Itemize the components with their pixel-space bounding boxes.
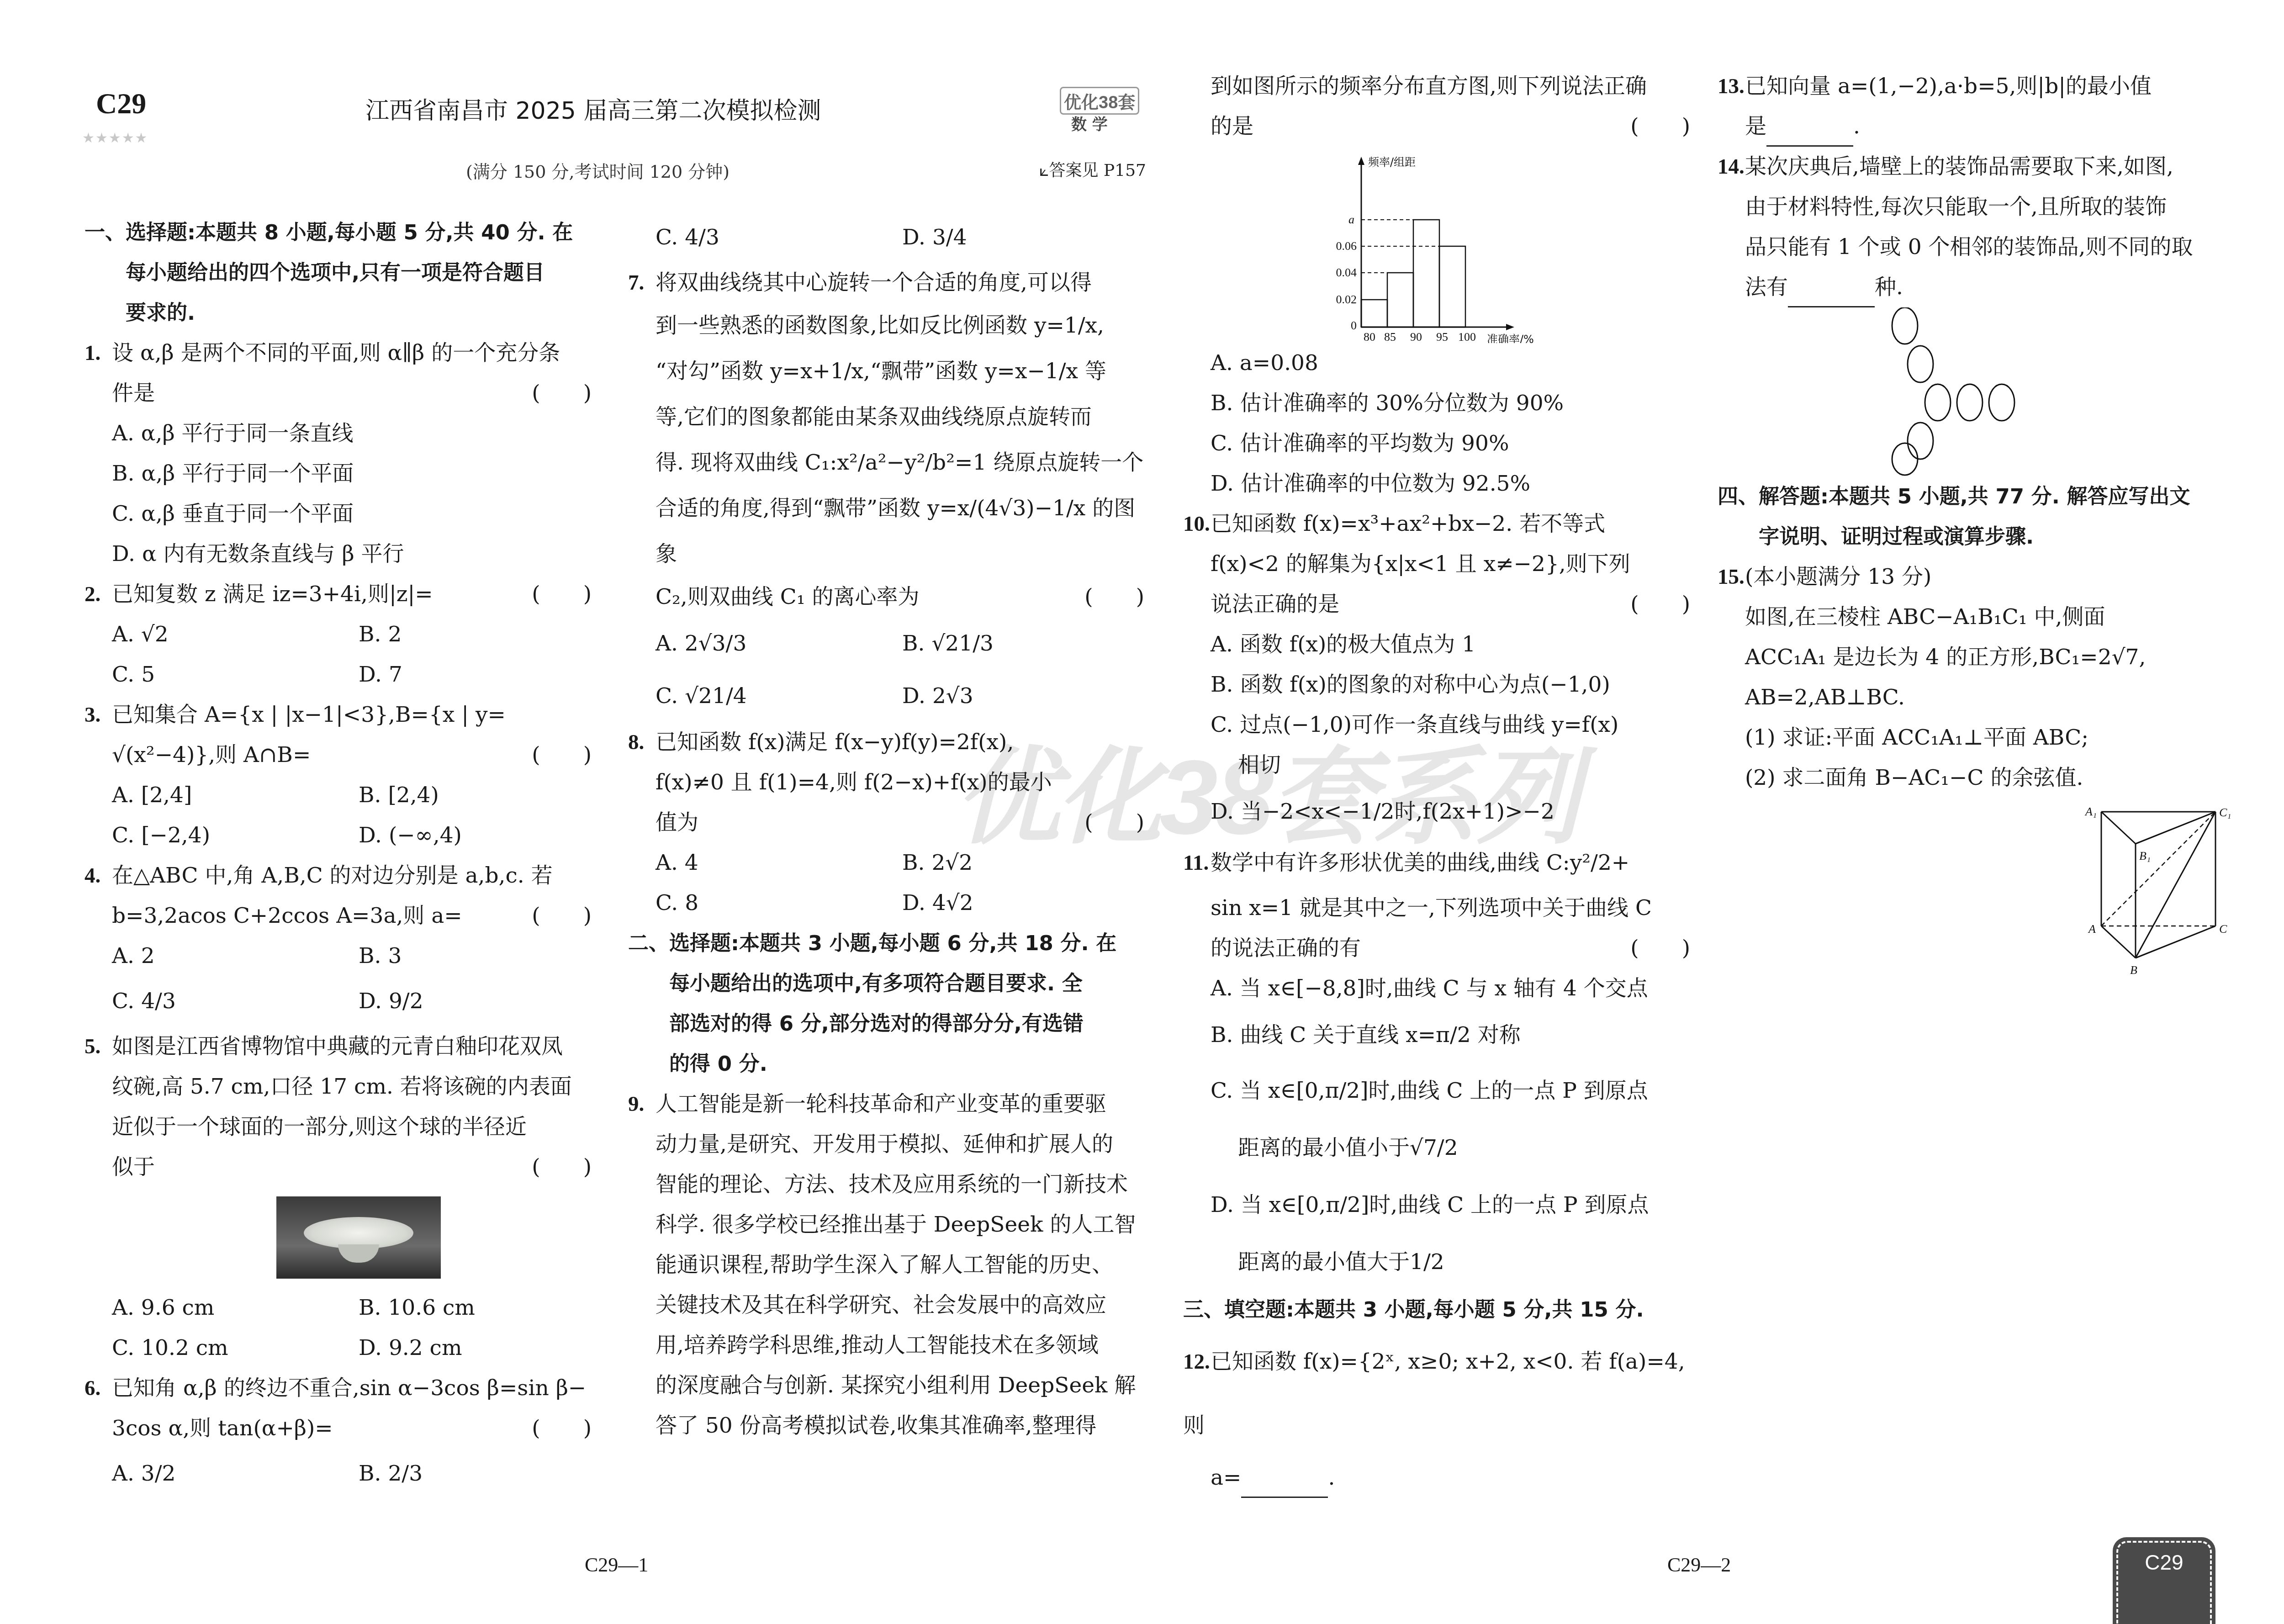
option-c[interactable]: C. α,β 垂直于同一个平面 xyxy=(85,494,601,534)
option-d[interactable]: D. 9/2 xyxy=(359,976,605,1026)
option-d[interactable]: D. α 内有无数条直线与 β 平行 xyxy=(85,534,601,574)
question-8: 8.已知函数 f(x)满足 f(x−y)f(y)=2f(x), f(x)≠0 且… xyxy=(628,722,1153,923)
option-a[interactable]: A. [2,4] xyxy=(112,775,359,815)
section-3-title: 三、填空题:本题共 3 小题,每小题 5 分,共 15 分. xyxy=(1183,1290,1699,1330)
bowl-photo xyxy=(276,1196,441,1279)
question-6: 6.已知角 α,β 的终边不重合,sin α−3cos β=sin β− 3co… xyxy=(85,1368,601,1499)
answer-blank[interactable] xyxy=(1241,1474,1328,1498)
svg-text:B: B xyxy=(2130,963,2137,977)
column-1: 一、选择题:本题共 8 小题,每小题 5 分,共 40 分. 在 每小题给出的四… xyxy=(85,212,601,1499)
q9-option-c[interactable]: C. 估计准确率的平均数为 90% xyxy=(1183,423,1699,464)
brand-logo: 优化38套 xyxy=(1060,87,1139,115)
option-b[interactable]: B. α,β 平行于同一个平面 xyxy=(85,454,601,494)
option-c[interactable]: C. 4/3 xyxy=(112,976,359,1026)
option-d[interactable]: D. 7 xyxy=(359,655,605,695)
svg-text:频率/组距: 频率/组距 xyxy=(1368,156,1416,169)
page-title: 江西省南昌市 2025 届高三第二次模拟检测 xyxy=(365,91,821,126)
svg-text:90: 90 xyxy=(1410,330,1422,343)
question-15: 15.(本小题满分 13 分) 如图,在三棱柱 ABC−A₁B₁C₁ 中,侧面 … xyxy=(1718,557,2257,798)
svg-text:100: 100 xyxy=(1458,330,1476,343)
answer-blank[interactable] xyxy=(1766,122,1853,147)
pencil-icon: ⟀ xyxy=(1039,161,1049,180)
option-b[interactable]: B. 函数 f(x)的图象的对称中心为点(−1,0) xyxy=(1183,665,1699,705)
option-a[interactable]: A. 函数 f(x)的极大值点为 1 xyxy=(1183,624,1699,665)
histogram-svg: a 0.06 0.04 0.02 0 80859095100 频率/组距 准确率… xyxy=(1311,147,1567,343)
option-d[interactable]: D. 4√2 xyxy=(902,883,1149,923)
option-c[interactable]: C. 10.2 cm xyxy=(112,1328,359,1368)
option-a[interactable]: A. α,β 平行于同一条直线 xyxy=(85,413,601,454)
svg-text:0.02: 0.02 xyxy=(1336,293,1357,306)
section-4-title: 四、解答题:本题共 5 小题,共 77 分. 解答应写出文 xyxy=(1718,476,2257,517)
question-14: 14.某次庆典后,墙壁上的装饰品需要取下来,如图, 由于材料特性,每次只能取一个… xyxy=(1718,147,2257,476)
svg-text:0.04: 0.04 xyxy=(1336,266,1357,279)
section-2-title: 二、选择题:本题共 3 小题,每小题 6 分,共 18 分. 在 xyxy=(628,923,1153,963)
svg-text:95: 95 xyxy=(1436,330,1448,343)
svg-text:80: 80 xyxy=(1364,330,1375,343)
option-c[interactable]: C. 过点(−1,0)可作一条直线与曲线 y=f(x) xyxy=(1183,705,1699,745)
option-a[interactable]: A. 3/2 xyxy=(112,1449,359,1499)
star-decoration-icon: ★★★★★ xyxy=(82,130,148,146)
option-b[interactable]: B. 2 xyxy=(359,614,605,655)
svg-text:准确率/%: 准确率/% xyxy=(1487,333,1534,343)
prism-figure: A₁ C₁ B₁ A C B xyxy=(2083,803,2257,995)
option-b[interactable]: B. 2/3 xyxy=(359,1449,605,1499)
option-b[interactable]: B. 2√2 xyxy=(902,843,1149,883)
option-c[interactable]: C. 8 xyxy=(656,883,902,923)
circles-figure-svg xyxy=(1887,307,2033,476)
prism-svg: A₁ C₁ B₁ A C B xyxy=(2083,803,2234,985)
svg-text:B₁: B₁ xyxy=(2139,849,2151,862)
question-9: 9.人工智能是新一轮科技革命和产业变革的重要驱 动力量,是研究、开发用于模拟、延… xyxy=(628,1084,1153,1446)
section-1-title: 一、选择题:本题共 8 小题,每小题 5 分,共 40 分. 在 xyxy=(85,212,601,253)
svg-text:C: C xyxy=(2219,922,2227,936)
question-5: 5.如图是江西省博物馆中典藏的元青白釉印花双凤 纹碗,高 5.7 cm,口径 1… xyxy=(85,1026,601,1368)
svg-text:C₁: C₁ xyxy=(2219,806,2231,819)
answer-blank[interactable] xyxy=(1788,283,1875,307)
question-7: 7.将双曲线绕其中心旋转一个合适的角度,可以得 到一些熟悉的函数图象,比如反比例… xyxy=(628,263,1153,722)
option-a[interactable]: A. √2 xyxy=(112,614,359,655)
answer-reference[interactable]: ⟀答案见 P157 xyxy=(1039,158,1146,181)
option-b[interactable]: B. 曲线 C 关于直线 x=π/2 对称 xyxy=(1183,1009,1699,1061)
option-c[interactable]: C. √21/4 xyxy=(656,670,902,722)
svg-text:a: a xyxy=(1348,213,1354,226)
svg-text:85: 85 xyxy=(1384,330,1396,343)
option-b[interactable]: B. 10.6 cm xyxy=(359,1288,605,1328)
svg-text:A₁: A₁ xyxy=(2084,805,2097,818)
column-3: 到如图所示的频率分布直方图,则下列说法正确 的是( ) a 0.06 0. xyxy=(1183,66,1699,1498)
question-1: 1.设 α,β 是两个不同的平面,则 α∥β 的一个充分条 件是( ) A. α… xyxy=(85,333,601,574)
option-b[interactable]: B. √21/3 xyxy=(902,617,1149,670)
q9-option-d[interactable]: D. 估计准确率的中位数为 92.5% xyxy=(1183,464,1699,504)
option-a[interactable]: A. 当 x∈[−8,8]时,曲线 C 与 x 轴有 4 个交点 xyxy=(1183,968,1699,1009)
option-c[interactable]: C. 当 x∈[0,π/2]时,曲线 C 上的一点 P 到原点 xyxy=(1183,1061,1699,1121)
svg-text:0: 0 xyxy=(1351,319,1357,332)
subject-label: 数 学 xyxy=(1071,112,1108,134)
option-c[interactable]: C. [−2,4) xyxy=(112,815,359,856)
decorations-figure xyxy=(1887,307,2257,476)
q9-option-b[interactable]: B. 估计准确率的 30%分位数为 90% xyxy=(1183,383,1699,423)
q9-option-a[interactable]: A. a=0.08 xyxy=(1183,343,1699,383)
exam-subtitle: (满分 150 分,考试时间 120 分钟) xyxy=(466,158,730,183)
question-4: 4.在△ABC 中,角 A,B,C 的对边分别是 a,b,c. 若 b=3,2a… xyxy=(85,856,601,1026)
option-a[interactable]: A. 2√3/3 xyxy=(656,617,902,670)
option-d[interactable]: D. 2√3 xyxy=(902,670,1149,722)
option-c[interactable]: C. 5 xyxy=(112,655,359,695)
question-13: 13.已知向量 a=(1,−2),a·b=5,则|b|的最小值 是. xyxy=(1718,66,2257,147)
tab-label: C29 xyxy=(2113,1537,2215,1575)
question-12: 12.已知函数 f(x)={2ˣ, x≥0; x+2, x<0. 若 f(a)=… xyxy=(1183,1330,1699,1498)
q6-option-c[interactable]: C. 4/3 xyxy=(656,212,902,263)
option-b[interactable]: B. [2,4) xyxy=(359,775,605,815)
column-2: C. 4/3D. 3/4 7.将双曲线绕其中心旋转一个合适的角度,可以得 到一些… xyxy=(628,212,1153,1446)
page-number-left: C29—1 xyxy=(585,1553,648,1576)
option-a[interactable]: A. 9.6 cm xyxy=(112,1288,359,1328)
svg-text:A: A xyxy=(2088,922,2096,936)
option-b[interactable]: B. 3 xyxy=(359,936,605,976)
option-d[interactable]: D. 当−2<x<−1/2时,f(2x+1)>−2 xyxy=(1183,785,1699,838)
answer-paren: ( ) xyxy=(532,373,592,413)
option-a[interactable]: A. 4 xyxy=(656,843,902,883)
question-11: 11.数学中有许多形状优美的曲线,曲线 C:y²/2+ sin x=1 就是其中… xyxy=(1183,838,1699,1290)
question-3: 3.已知集合 A={x | |x−1|<3},B={x | y= √(x²−4)… xyxy=(85,695,601,856)
question-2: 2.已知复数 z 满足 iz=3+4i,则|z|=( ) A. √2B. 2 C… xyxy=(85,574,601,695)
page-number-right: C29—2 xyxy=(1667,1553,1731,1576)
svg-text:0.06: 0.06 xyxy=(1336,239,1357,253)
option-d[interactable]: D. 当 x∈[0,π/2]时,曲线 C 上的一点 P 到原点 xyxy=(1183,1175,1699,1235)
question-10: 10.已知函数 f(x)=x³+ax²+bx−2. 若不等式 f(x)<2 的解… xyxy=(1183,504,1699,838)
option-a[interactable]: A. 2 xyxy=(112,936,359,976)
frequency-histogram: a 0.06 0.04 0.02 0 80859095100 频率/组距 准确率… xyxy=(1311,147,1699,343)
exam-code: C29 xyxy=(96,87,146,121)
column-4: 13.已知向量 a=(1,−2),a·b=5,则|b|的最小值 是. 14.某次… xyxy=(1718,66,2257,995)
chapter-tab[interactable]: C29 xyxy=(2113,1537,2215,1624)
option-d[interactable]: D. (−∞,4) xyxy=(359,815,605,856)
q6-option-d[interactable]: D. 3/4 xyxy=(902,212,1149,263)
option-d[interactable]: D. 9.2 cm xyxy=(359,1328,605,1368)
